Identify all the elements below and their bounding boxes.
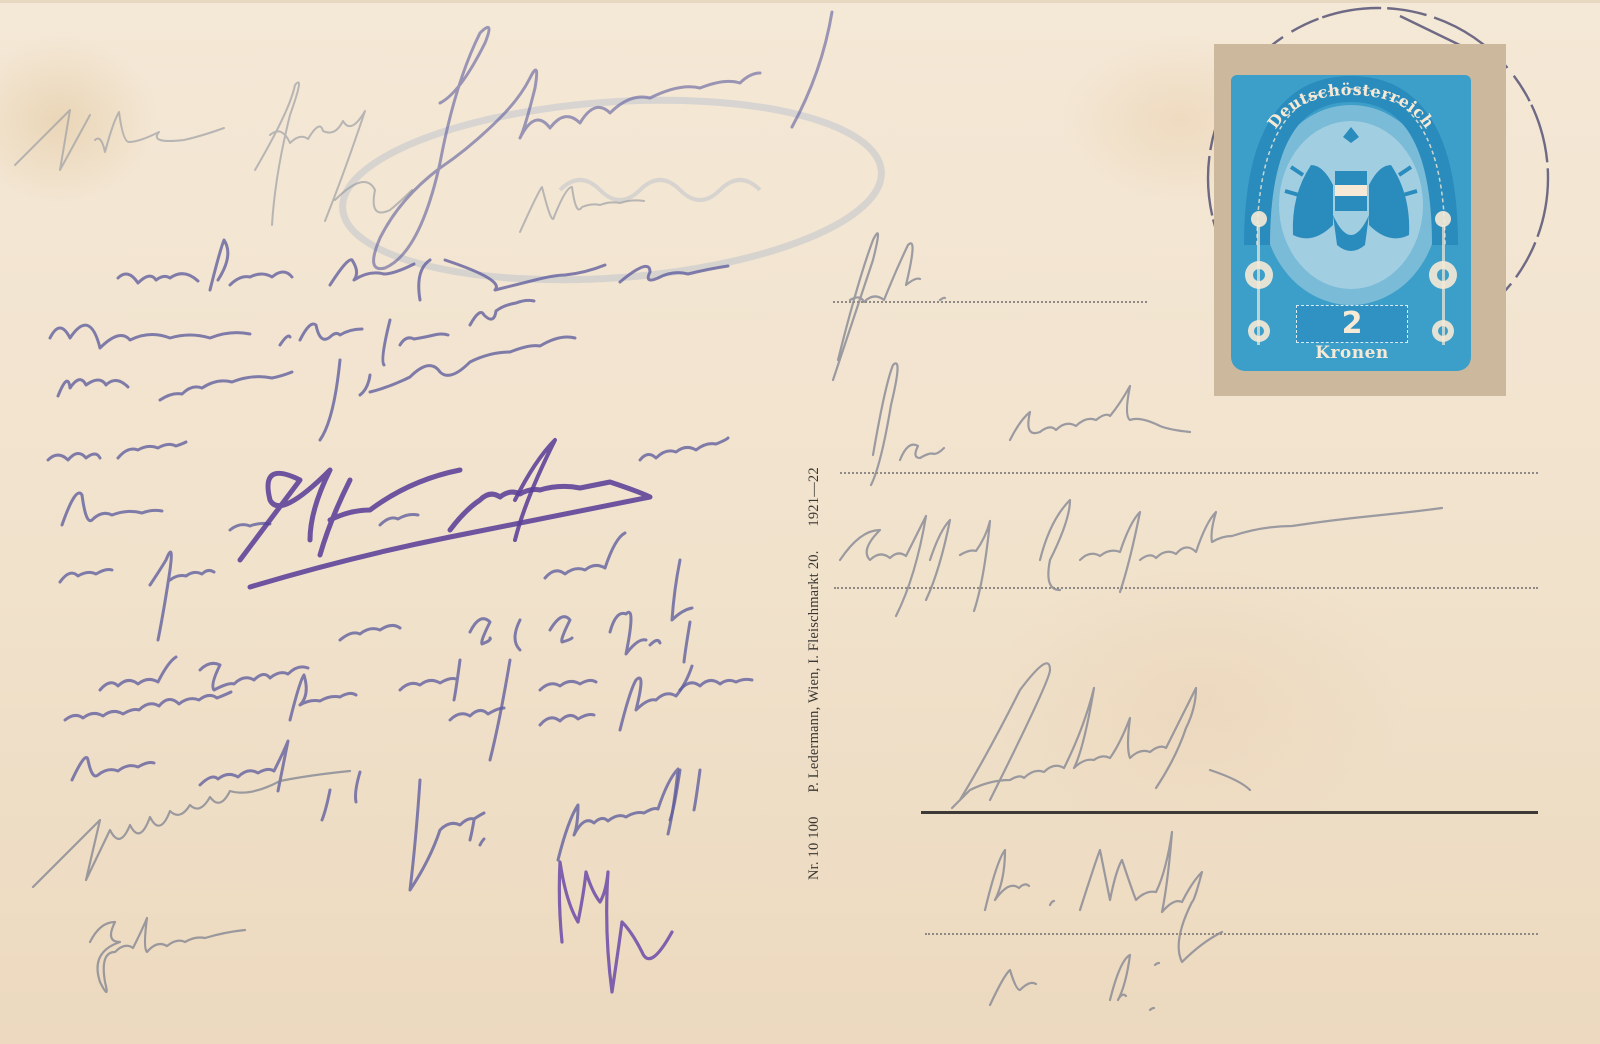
postcard-back: Deutschösterreich 2 Kronen Nr. 10 100 P.…: [0, 0, 1600, 1044]
signature-pencil: [33, 771, 350, 992]
greeting-pencil-line1: [15, 82, 412, 225]
message-body: [48, 240, 752, 890]
stamp-currency: Kronen: [1290, 341, 1414, 365]
imprint-years: 1921—22: [806, 467, 822, 526]
address-line-2: [840, 472, 1538, 474]
address-line-3: [834, 587, 1538, 589]
printer-imprint: Nr. 10 100 P. Ledermann, Wien, I. Fleisc…: [806, 447, 823, 880]
header-scrawl: [374, 12, 832, 269]
oval-handstamp-icon: [337, 83, 888, 296]
address-line-town: [921, 811, 1538, 814]
address-line-1: [833, 301, 1147, 303]
series-number: Nr. 10 100: [806, 816, 822, 880]
publisher: P. Ledermann, Wien, I. Fleischmarkt 20.: [806, 550, 822, 792]
stamp-denomination: 2: [1296, 305, 1408, 343]
address-line-5: [925, 933, 1538, 935]
